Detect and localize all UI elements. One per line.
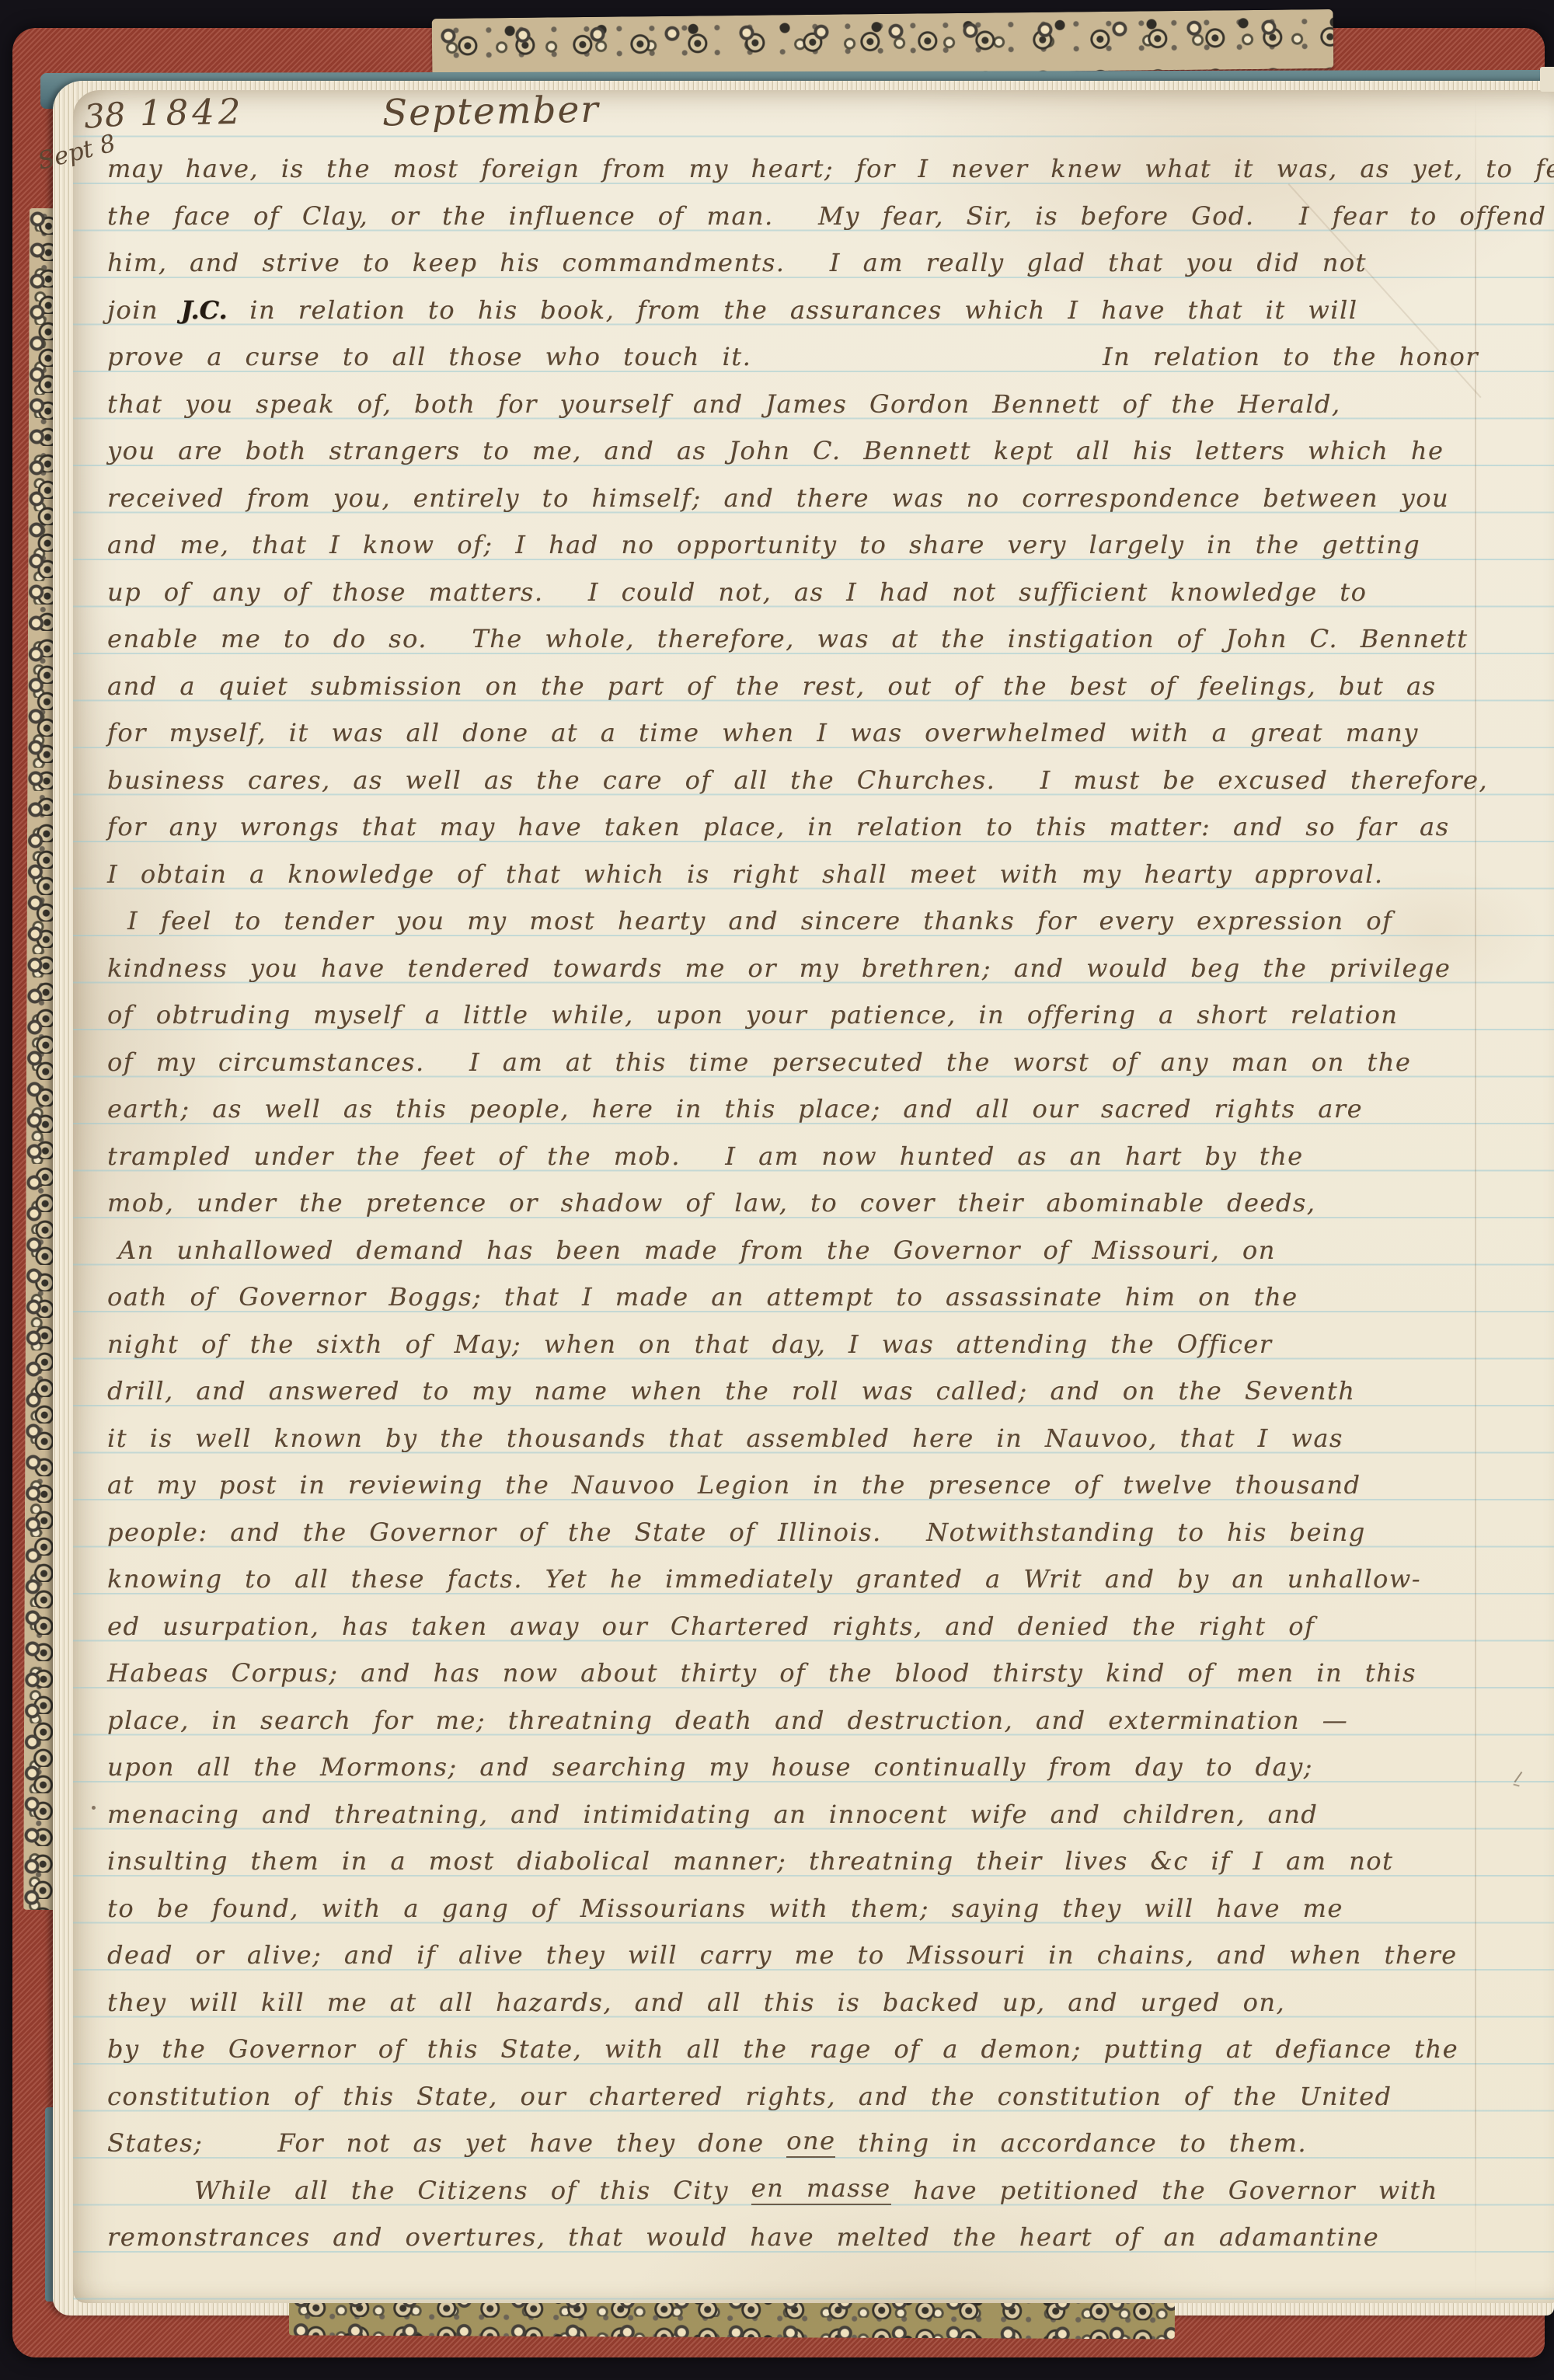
adjacent-page-fore-edge — [1540, 67, 1554, 92]
manuscript-segment: oath of Governor Boggs; that I made an a… — [107, 1282, 1298, 1312]
manuscript-line: An unhallowed demand has been made from … — [118, 1228, 1490, 1265]
manuscript-line: him, and strive to keep his commandments… — [107, 240, 1479, 277]
manuscript-line: to be found, with a gang of Missourians … — [107, 1886, 1479, 1923]
manuscript-line: by the Governor of this State, with all … — [107, 2026, 1479, 2064]
manuscript-segment: join — [107, 295, 181, 325]
marbled-endpaper-top-edge — [432, 9, 1334, 78]
manuscript-line: I obtain a knowledge of that which is ri… — [107, 852, 1479, 889]
manuscript-line: at my post in reviewing the Nauvoo Legio… — [107, 1462, 1479, 1500]
stray-ink-dot — [92, 1806, 96, 1810]
manuscript-segment: it is well known by the thousands that a… — [107, 1423, 1343, 1453]
scanned-journal-photo: 38 1842 September Sept 8 may have, is th… — [0, 0, 1554, 2380]
manuscript-segment: J.C. — [181, 295, 228, 325]
manuscript-segment: dead or alive; and if alive they will ca… — [107, 1940, 1458, 1970]
manuscript-line: I feel to tender you my most hearty and … — [127, 898, 1499, 936]
manuscript-line: up of any of those matters. I could not,… — [107, 570, 1479, 607]
manuscript-line: that you speak of, both for yourself and… — [107, 382, 1479, 419]
manuscript-line: insulting them in a most diabolical mann… — [107, 1838, 1479, 1876]
manuscript-line: received from you, entirely to himself; … — [107, 476, 1479, 513]
manuscript-segment: drill, and answered to my name when the … — [107, 1376, 1355, 1406]
manuscript-line: for any wrongs that may have taken place… — [107, 804, 1479, 842]
manuscript-line: knowing to all these facts. Yet he immed… — [107, 1556, 1479, 1594]
manuscript-segment: for myself, it was all done at a time wh… — [107, 718, 1419, 747]
manuscript-gap — [203, 2157, 277, 2158]
manuscript-line: they will kill me at all hazards, and al… — [107, 1980, 1479, 2017]
manuscript-line: kindness you have tendered towards me or… — [107, 946, 1479, 983]
manuscript-segment: For not as yet have they done — [277, 2128, 786, 2158]
manuscript-segment: of obtruding myself a little while, upon… — [107, 1000, 1398, 1030]
manuscript-segment: knowing to all these facts. Yet he immed… — [107, 1564, 1421, 1594]
manuscript-segment: I feel to tender you my most hearty and … — [127, 906, 1392, 936]
manuscript-segment: and me, that I know of; I had no opportu… — [107, 530, 1420, 559]
manuscript-segment: An unhallowed demand has been made from … — [118, 1235, 1276, 1265]
manuscript-segment: that you speak of, both for yourself and… — [107, 389, 1341, 419]
manuscript-line: place, in search for me; threatning deat… — [107, 1698, 1479, 1735]
manuscript-line: mob, under the pretence or shadow of law… — [107, 1180, 1479, 1218]
manuscript-line: upon all the Mormons; and searching my h… — [107, 1744, 1479, 1782]
manuscript-segment: business cares, as well as the care of a… — [107, 765, 1488, 795]
manuscript-line: ed usurpation, has taken away our Charte… — [107, 1604, 1479, 1641]
manuscript-segment: While all the Citizens of this City — [194, 2176, 751, 2205]
manuscript-line: constitution of this State, our chartere… — [107, 2074, 1479, 2111]
manuscript-segment: to be found, with a gang of Missourians … — [107, 1894, 1343, 1923]
manuscript-segment: they will kill me at all hazards, and al… — [107, 1988, 1285, 2017]
manuscript-segment: of my circumstances. I am at this time p… — [107, 1047, 1411, 1077]
manuscript-segment: thing in accordance to them. — [835, 2128, 1307, 2158]
manuscript-segment: in relation to his book, from the assura… — [228, 295, 1358, 325]
manuscript-line: you are both strangers to me, and as Joh… — [107, 428, 1479, 465]
manuscript-line: join J.C. in relation to his book, from … — [107, 287, 1479, 325]
manuscript-line: prove a curse to all those who touch it.… — [107, 334, 1479, 371]
manuscript-line: the face of Clay, or the influence of ma… — [107, 193, 1479, 231]
manuscript-segment: States; — [107, 2128, 203, 2158]
manuscript-segment: upon all the Mormons; and searching my h… — [107, 1752, 1313, 1782]
manuscript-segment: the face of Clay, or the influence of ma… — [107, 201, 1546, 231]
manuscript-segment: en masse — [751, 2173, 891, 2205]
manuscript-line: it is well known by the thousands that a… — [107, 1416, 1479, 1453]
page-crease-vertical — [1475, 96, 1476, 2300]
manuscript-segment: mob, under the pretence or shadow of law… — [107, 1188, 1315, 1218]
manuscript-line: While all the Citizens of this City en m… — [194, 2168, 1554, 2205]
manuscript-segment: prove a curse to all those who touch it. — [107, 342, 751, 371]
manuscript-segment: night of the sixth of May; when on that … — [107, 1329, 1273, 1359]
manuscript-line: trampled under the feet of the mob. I am… — [107, 1134, 1479, 1171]
manuscript-segment: remonstrances and overtures, that would … — [107, 2222, 1379, 2252]
manuscript-segment: one — [786, 2126, 835, 2158]
manuscript-line: for myself, it was all done at a time wh… — [107, 710, 1479, 747]
manuscript-line: may have, is the most foreign from my he… — [107, 146, 1479, 183]
manuscript-line: States;For not as yet have they done one… — [107, 2120, 1479, 2158]
manuscript-segment: constitution of this State, our chartere… — [107, 2082, 1392, 2111]
journal-page: 38 1842 September Sept 8 may have, is th… — [73, 90, 1554, 2303]
manuscript-segment: may have, is the most foreign from my he… — [107, 154, 1554, 183]
manuscript-segment: enable me to do so. The whole, therefore… — [107, 624, 1469, 653]
manuscript-line: night of the sixth of May; when on that … — [107, 1322, 1479, 1359]
manuscript-line: Habeas Corpus; and has now about thirty … — [107, 1650, 1479, 1688]
manuscript-line: oath of Governor Boggs; that I made an a… — [107, 1274, 1479, 1312]
manuscript-segment: insulting them in a most diabolical mann… — [107, 1846, 1393, 1876]
manuscript-line: of my circumstances. I am at this time p… — [107, 1040, 1479, 1077]
manuscript-segment: earth; as well as this people, here in t… — [107, 1094, 1363, 1124]
manuscript-segment: trampled under the feet of the mob. I am… — [107, 1141, 1304, 1171]
manuscript-segment: place, in search for me; threatning deat… — [107, 1706, 1348, 1735]
manuscript-segment: In relation to the honor — [1103, 342, 1479, 371]
manuscript-segment: menacing and threatning, and intimidatin… — [107, 1800, 1318, 1829]
manuscript-text: may have, is the most foreign from my he… — [73, 90, 1554, 2303]
manuscript-line: menacing and threatning, and intimidatin… — [107, 1792, 1479, 1829]
manuscript-segment: received from you, entirely to himself; … — [107, 483, 1449, 513]
manuscript-segment: at my post in reviewing the Nauvoo Legio… — [107, 1470, 1361, 1500]
manuscript-segment: have petitioned the Governor with — [891, 2176, 1438, 2205]
manuscript-line: enable me to do so. The whole, therefore… — [107, 616, 1479, 653]
manuscript-segment: I obtain a knowledge of that which is ri… — [107, 859, 1384, 889]
manuscript-line: earth; as well as this people, here in t… — [107, 1086, 1479, 1124]
manuscript-line: people: and the Governor of the State of… — [107, 1510, 1479, 1547]
manuscript-segment: up of any of those matters. I could not,… — [107, 577, 1367, 607]
manuscript-segment: ed usurpation, has taken away our Charte… — [107, 1612, 1315, 1641]
manuscript-segment: kindness you have tendered towards me or… — [107, 953, 1451, 983]
manuscript-segment: and a quiet submission on the part of th… — [107, 671, 1436, 701]
manuscript-segment: you are both strangers to me, and as Joh… — [107, 436, 1444, 465]
manuscript-line: drill, and answered to my name when the … — [107, 1368, 1479, 1406]
manuscript-segment: people: and the Governor of the State of… — [107, 1518, 1366, 1547]
manuscript-line: remonstrances and overtures, that would … — [107, 2214, 1479, 2252]
manuscript-line: dead or alive; and if alive they will ca… — [107, 1932, 1479, 1970]
manuscript-segment: Habeas Corpus; and has now about thirty … — [107, 1658, 1416, 1688]
manuscript-line: and me, that I know of; I had no opportu… — [107, 522, 1479, 559]
manuscript-segment: for any wrongs that may have taken place… — [107, 812, 1450, 842]
manuscript-line: and a quiet submission on the part of th… — [107, 664, 1479, 701]
manuscript-segment: him, and strive to keep his commandments… — [107, 248, 1367, 277]
manuscript-line: business cares, as well as the care of a… — [107, 758, 1479, 795]
manuscript-gap — [751, 371, 1103, 371]
manuscript-segment: by the Governor of this State, with all … — [107, 2034, 1458, 2064]
manuscript-line: of obtruding myself a little while, upon… — [107, 992, 1479, 1030]
